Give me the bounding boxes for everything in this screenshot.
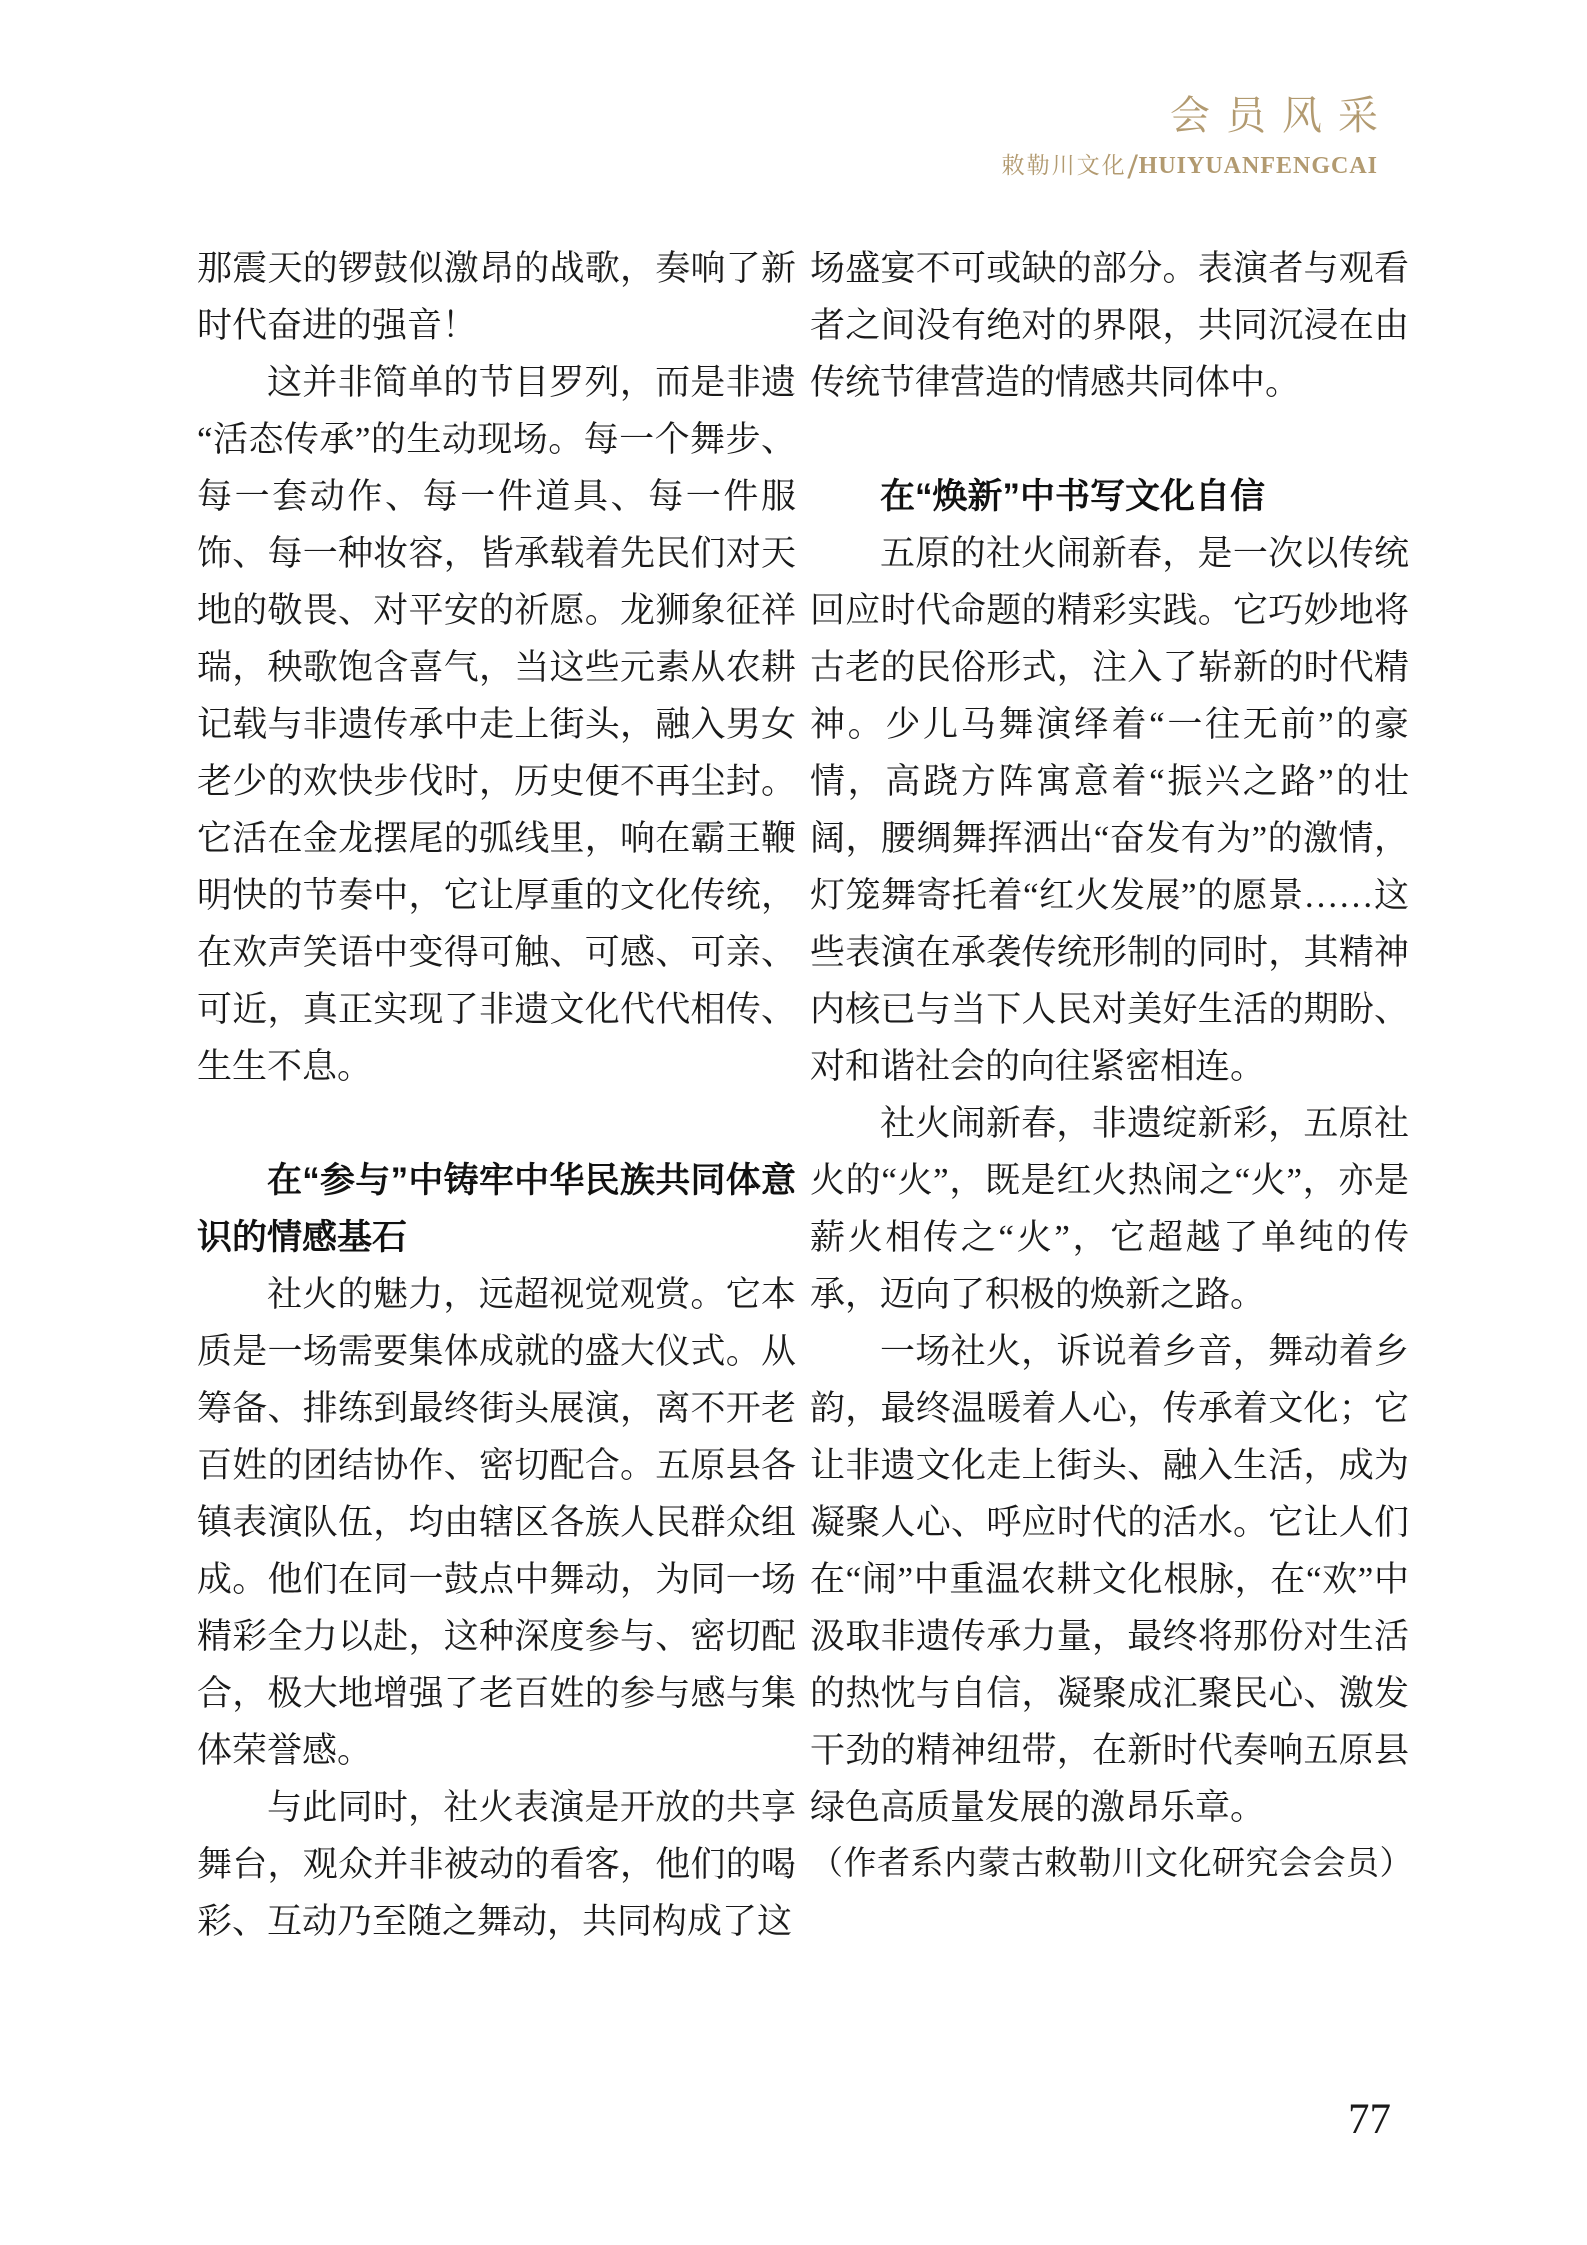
magazine-subtitle: 敕勒川文化/HUIYUANFENGCAI: [1002, 148, 1378, 184]
paragraph: 社火闹新春，非遗绽新彩，五原社火的“火”，既是红火热闹之“火”，亦是薪火相传之“…: [810, 1095, 1409, 1323]
paragraph: 这并非简单的节目罗列，而是非遗“活态传承”的生动现场。每一个舞步、每一套动作、每…: [197, 354, 796, 1095]
section-title-pinyin: HUIYUANFENGCAI: [1139, 153, 1378, 179]
left-column: 那震天的锣鼓似激昂的战歌，奏响了新时代奋进的强音！ 这并非简单的节目罗列，而是非…: [197, 240, 796, 1950]
paragraph-continued: 场盛宴不可或缺的部分。表演者与观看者之间没有绝对的界限，共同沉浸在由传统节律营造…: [810, 240, 1409, 411]
paragraph-continued: 那震天的锣鼓似激昂的战歌，奏响了新时代奋进的强音！: [197, 240, 796, 354]
subheading-participation: 在“参与”中铸牢中华民族共同体意识的情感基石: [197, 1152, 796, 1266]
magazine-name: 敕勒川文化: [1002, 153, 1127, 178]
article-body: 那震天的锣鼓似激昂的战歌，奏响了新时代奋进的强音！ 这并非简单的节目罗列，而是非…: [197, 240, 1409, 1950]
slash-divider: /: [1127, 146, 1139, 186]
paragraph: 五原的社火闹新春，是一次以传统回应时代命题的精彩实践。它巧妙地将古老的民俗形式，…: [810, 525, 1409, 1095]
page-number: 77: [1348, 2098, 1391, 2141]
paragraph: 一场社火，诉说着乡音，舞动着乡韵，最终温暖着人心，传承着文化；它让非遗文化走上街…: [810, 1323, 1409, 1836]
author-byline: （作者系内蒙古敕勒川文化研究会会员）: [810, 1836, 1409, 1893]
section-title: 会员风采: [1002, 92, 1394, 140]
magazine-page: 会员风采 敕勒川文化/HUIYUANFENGCAI 那震天的锣鼓似激昂的战歌，奏…: [0, 0, 1587, 2245]
subheading-renewal: 在“焕新”中书写文化自信: [810, 468, 1409, 525]
paragraph: 社火的魅力，远超视觉观赏。它本质是一场需要集体成就的盛大仪式。从筹备、排练到最终…: [197, 1266, 796, 1779]
paragraph: 与此同时，社火表演是开放的共享舞台，观众并非被动的看客，他们的喝彩、互动乃至随之…: [197, 1779, 796, 1950]
right-column: 场盛宴不可或缺的部分。表演者与观看者之间没有绝对的界限，共同沉浸在由传统节律营造…: [810, 240, 1409, 1950]
page-header: 会员风采 敕勒川文化/HUIYUANFENGCAI: [1002, 92, 1378, 184]
